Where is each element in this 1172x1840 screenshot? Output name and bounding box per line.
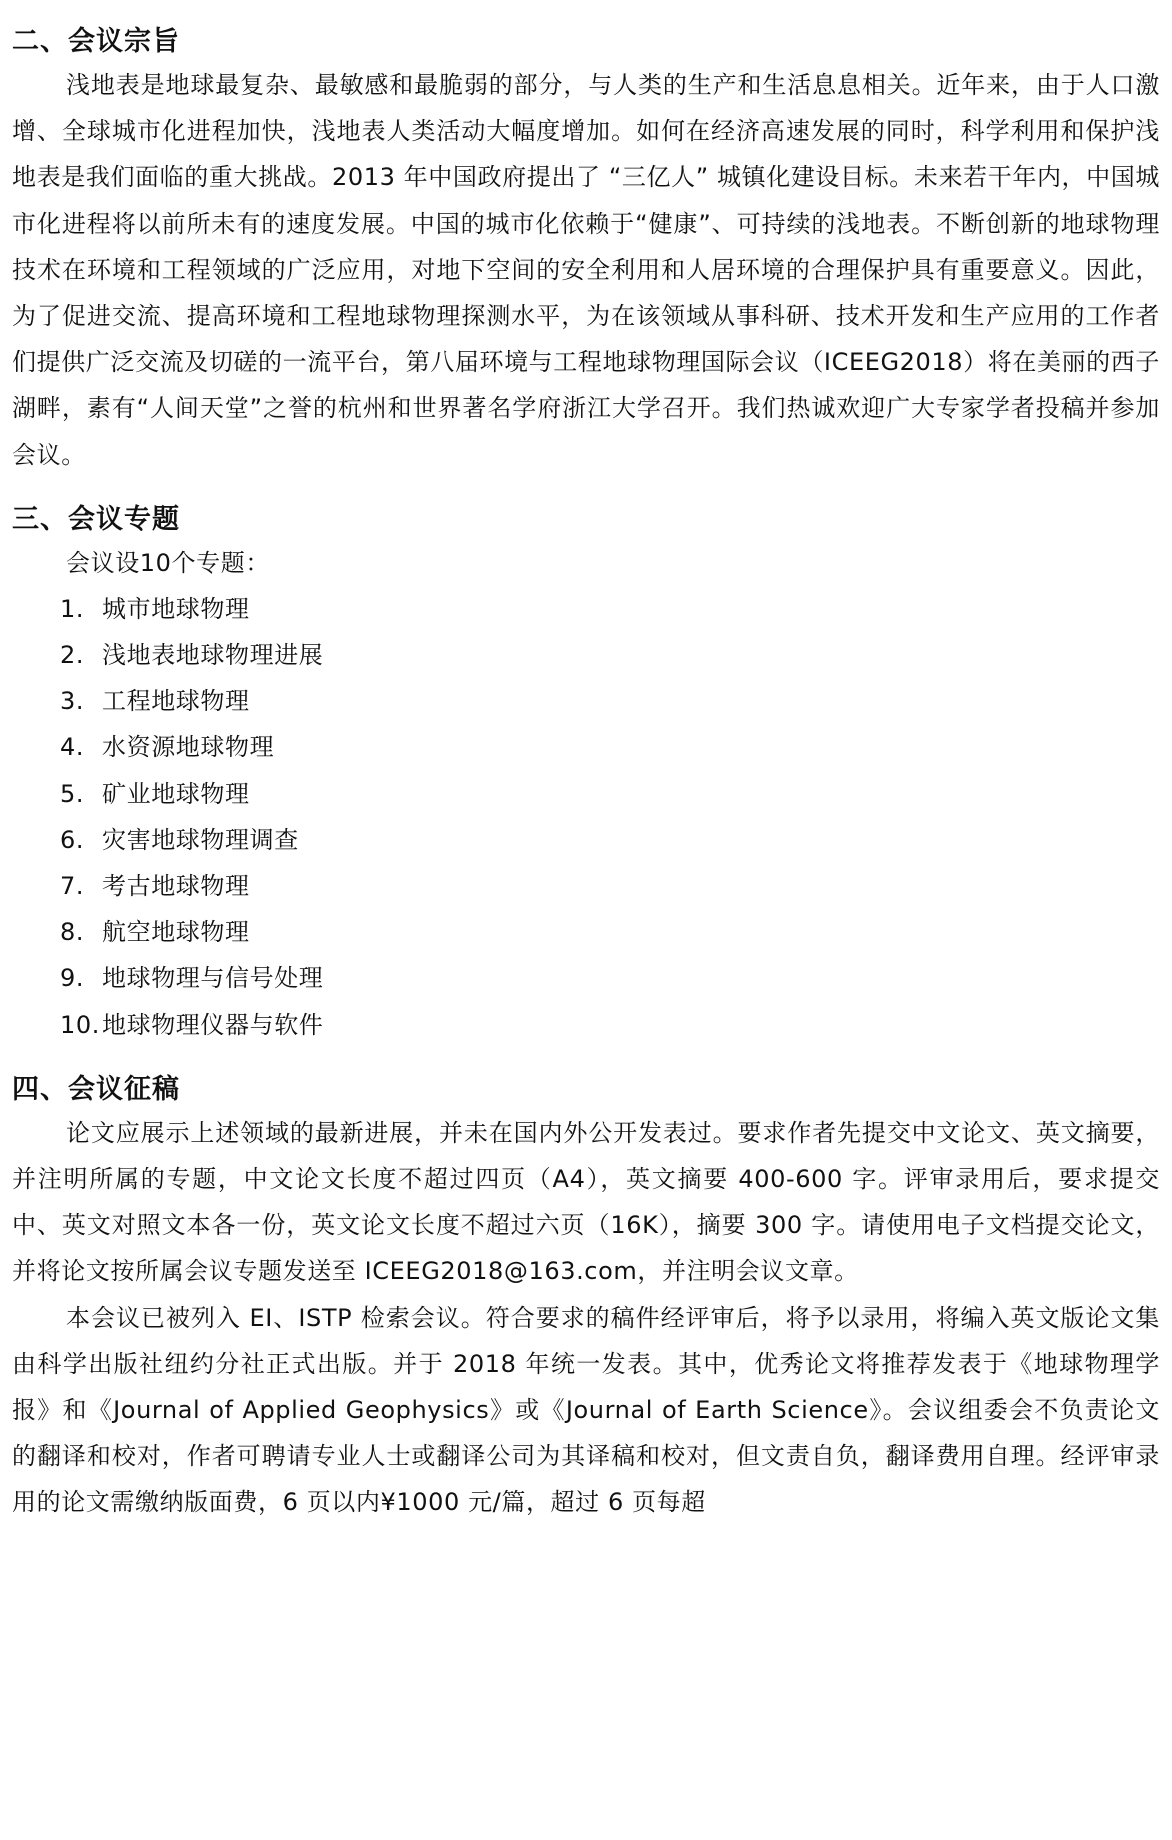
list-number: 4. bbox=[60, 724, 102, 770]
topic-label: 考古地球物理 bbox=[102, 863, 250, 909]
submission-paragraph: 论文应展示上述领域的最新进展，并未在国内外公开发表过。要求作者先提交中文论文、英… bbox=[12, 1110, 1160, 1295]
section-conference-topics: 三、会议专题 会议设10个专题： 1.城市地球物理 2.浅地表地球物理进展 3.… bbox=[12, 500, 1160, 1048]
list-item: 6.灾害地球物理调查 bbox=[60, 817, 1160, 863]
section-heading: 四、会议征稿 bbox=[12, 1070, 1160, 1110]
section-conference-purpose: 二、会议宗旨 浅地表是地球最复杂、最敏感和最脆弱的部分，与人类的生产和生活息息相… bbox=[12, 22, 1160, 478]
topic-label: 地球物理仪器与软件 bbox=[102, 1002, 323, 1048]
publication-paragraph: 本会议已被列入 EI、ISTP 检索会议。符合要求的稿件经评审后，将予以录用，将… bbox=[12, 1295, 1160, 1526]
list-item: 1.城市地球物理 bbox=[60, 586, 1160, 632]
section-heading: 三、会议专题 bbox=[12, 500, 1160, 540]
list-number: 5. bbox=[60, 771, 102, 817]
list-number: 2. bbox=[60, 632, 102, 678]
list-item: 3.工程地球物理 bbox=[60, 678, 1160, 724]
list-number: 8. bbox=[60, 909, 102, 955]
topic-label: 灾害地球物理调查 bbox=[102, 817, 299, 863]
list-number: 7. bbox=[60, 863, 102, 909]
list-item: 9.地球物理与信号处理 bbox=[60, 955, 1160, 1001]
topic-label: 航空地球物理 bbox=[102, 909, 250, 955]
list-number: 6. bbox=[60, 817, 102, 863]
section-call-for-papers: 四、会议征稿 论文应展示上述领域的最新进展，并未在国内外公开发表过。要求作者先提… bbox=[12, 1070, 1160, 1526]
topic-label: 地球物理与信号处理 bbox=[102, 955, 323, 1001]
list-item: 8.航空地球物理 bbox=[60, 909, 1160, 955]
topic-label: 矿业地球物理 bbox=[102, 771, 250, 817]
list-item: 5.矿业地球物理 bbox=[60, 771, 1160, 817]
list-item: 7.考古地球物理 bbox=[60, 863, 1160, 909]
topics-list: 1.城市地球物理 2.浅地表地球物理进展 3.工程地球物理 4.水资源地球物理 … bbox=[12, 586, 1160, 1048]
purpose-paragraph: 浅地表是地球最复杂、最敏感和最脆弱的部分，与人类的生产和生活息息相关。近年来，由… bbox=[12, 62, 1160, 478]
document-page: 二、会议宗旨 浅地表是地球最复杂、最敏感和最脆弱的部分，与人类的生产和生活息息相… bbox=[0, 0, 1172, 1526]
list-item: 4.水资源地球物理 bbox=[60, 724, 1160, 770]
topic-label: 浅地表地球物理进展 bbox=[102, 632, 323, 678]
list-item: 10.地球物理仪器与软件 bbox=[60, 1002, 1160, 1048]
topic-label: 水资源地球物理 bbox=[102, 724, 274, 770]
section-heading: 二、会议宗旨 bbox=[12, 22, 1160, 62]
list-number: 9. bbox=[60, 955, 102, 1001]
list-number: 3. bbox=[60, 678, 102, 724]
topics-intro: 会议设10个专题： bbox=[66, 540, 1160, 586]
topic-label: 工程地球物理 bbox=[102, 678, 250, 724]
list-number: 1. bbox=[60, 586, 102, 632]
list-number: 10. bbox=[60, 1002, 102, 1048]
topic-label: 城市地球物理 bbox=[102, 586, 250, 632]
list-item: 2.浅地表地球物理进展 bbox=[60, 632, 1160, 678]
